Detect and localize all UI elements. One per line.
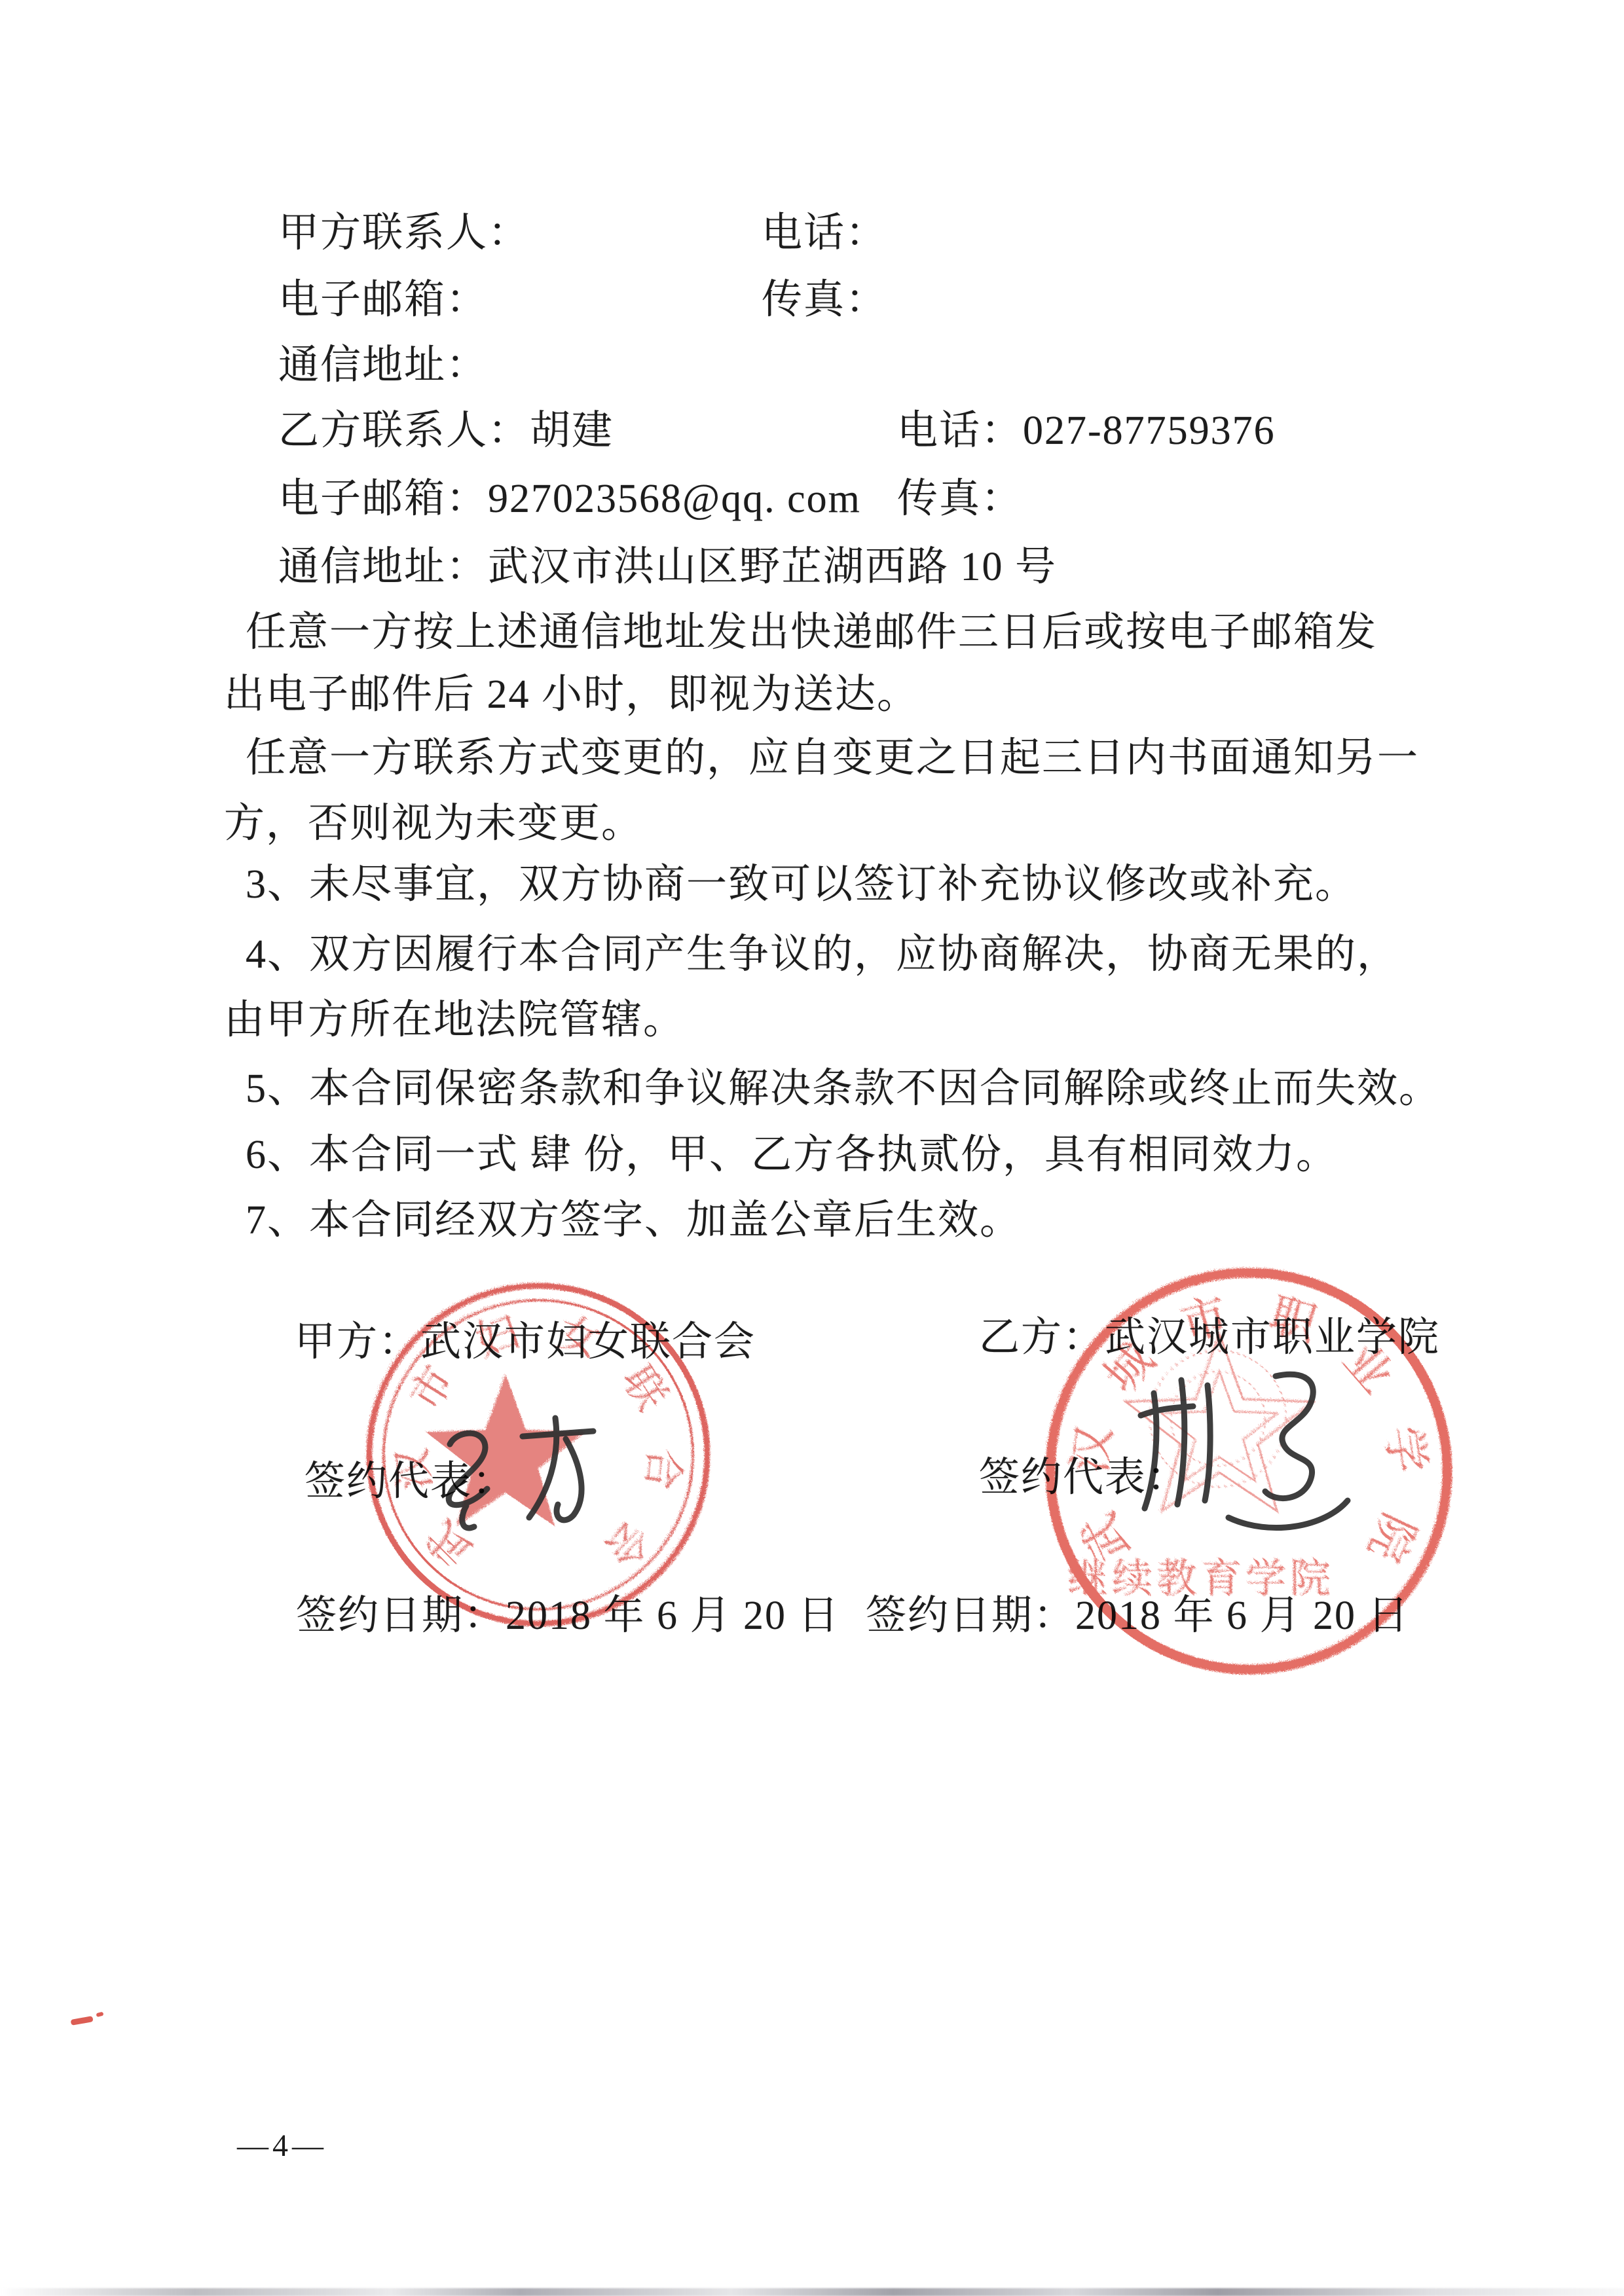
notice-clause-line1: 任意一方按上述通信地址发出快递邮件三日后或按电子邮箱发 bbox=[246, 610, 1377, 656]
change-clause-line2: 方，否则视为未变更。 bbox=[224, 801, 643, 847]
party-b-seal-arc-char: 院 bbox=[1357, 1504, 1423, 1568]
party-a-seal-arc-char: 联 bbox=[612, 1357, 674, 1417]
party-a-date-line: 签约日期：2018 年 6 月 20 日 bbox=[296, 1593, 840, 1639]
party-b-name-line: 乙方：武汉城市职业学院 bbox=[979, 1315, 1440, 1361]
party-a-rep-label: 签约代表： bbox=[304, 1459, 514, 1505]
party-b-address-line: 通信地址：武汉市洪山区野芷湖西路 10 号 bbox=[278, 544, 1057, 591]
party-b-rep-label: 签约代表： bbox=[979, 1455, 1189, 1501]
red-ink-smudge bbox=[71, 2012, 104, 2026]
clause-7: 7、本合同经双方签字、加盖公章后生效。 bbox=[246, 1197, 1022, 1244]
change-clause-line1: 任意一方联系方式变更的，应自变更之日起三日内书面通知另一 bbox=[246, 735, 1419, 782]
party-a-fax-label: 传真： bbox=[762, 277, 887, 323]
party-a-email-label: 电子邮箱： bbox=[278, 277, 488, 323]
party-a-seal-arc-char: 会 bbox=[595, 1511, 657, 1573]
party-b-contact-line: 乙方联系人：胡建 bbox=[278, 408, 614, 454]
clause-4-line2: 由甲方所在地法院管辖。 bbox=[224, 997, 685, 1044]
page-number: —4— bbox=[237, 2128, 327, 2164]
party-b-date-line: 签约日期：2018 年 6 月 20 日 bbox=[866, 1593, 1410, 1639]
clause-3: 3、未尽事宜，双方协商一致可以签订补充协议修改或补充。 bbox=[246, 862, 1357, 908]
party-a-seal-arc-char: 合 bbox=[636, 1444, 686, 1491]
notice-clause-line2: 出电子邮件后 24 小时，即视为送达。 bbox=[224, 672, 919, 718]
party-a-phone-label: 电话： bbox=[762, 210, 887, 257]
party-a-address-label: 通信地址： bbox=[278, 342, 488, 389]
party-b-email-line: 电子邮箱：927023568@qq. com bbox=[278, 476, 861, 522]
party-b-seal-guilloche-circle bbox=[1170, 1370, 1264, 1465]
scan-bottom-edge-shadow bbox=[0, 2288, 1624, 2296]
clause-4-line1: 4、双方因履行本合同产生争议的，应协商解决，协商无果的， bbox=[246, 932, 1399, 978]
party-b-phone-line: 电话：027-87759376 bbox=[897, 408, 1276, 454]
contract-page: 甲方联系人： 电话： 电子邮箱： 传真： 通信地址： 乙方联系人：胡建 电话：0… bbox=[0, 0, 1624, 2296]
party-a-contact-label: 甲方联系人： bbox=[278, 210, 530, 257]
party-b-fax-label: 传真： bbox=[897, 476, 1023, 522]
party-a-seal-arc-char: 市 bbox=[400, 1357, 462, 1417]
clause-6: 6、本合同一式 肆 份，甲、乙方各执贰份，具有相同效力。 bbox=[246, 1132, 1338, 1178]
party-b-signature bbox=[1141, 1374, 1348, 1527]
party-b-seal-arc-char: 武 bbox=[1072, 1504, 1138, 1568]
party-a-seal-arc-char: 武 bbox=[417, 1511, 479, 1573]
clause-5: 5、本合同保密条款和争议解决条款不因合同解除或终止而失效。 bbox=[246, 1066, 1441, 1112]
party-b-seal-arc-char: 学 bbox=[1375, 1422, 1432, 1475]
party-a-name-line: 甲方：武汉市妇女联合会 bbox=[295, 1319, 756, 1366]
